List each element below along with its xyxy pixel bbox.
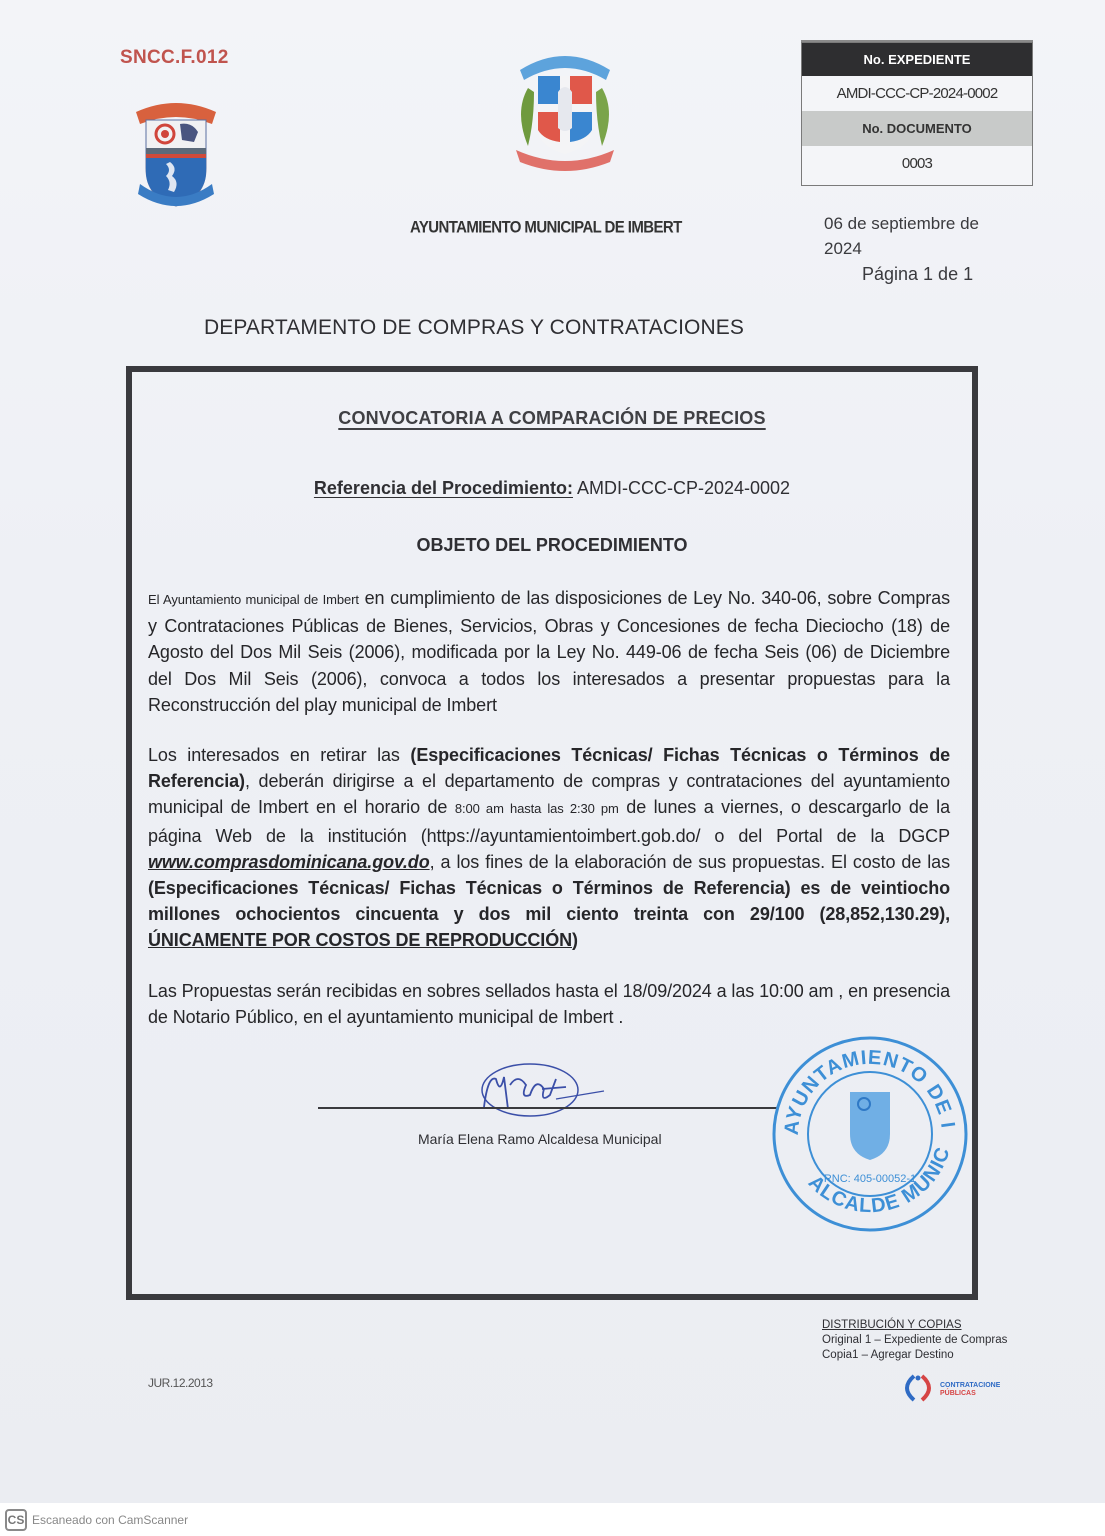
expediente-label: No. EXPEDIENTE xyxy=(802,43,1032,76)
expediente-value: AMDI-CCC-CP-2024-0002 xyxy=(802,76,1032,111)
documento-label: No. DOCUMENTO xyxy=(802,111,1032,146)
municipal-coat-of-arms-icon xyxy=(132,98,220,210)
compras-portal-link[interactable]: www.comprasdominicana.gov.do xyxy=(148,852,430,872)
revision-date: JUR.12.2013 xyxy=(148,1376,213,1390)
p2-cost-bold: (Especificaciones Técnicas/ Fichas Técni… xyxy=(148,878,950,924)
distribution-title: DISTRIBUCIÓN Y COPIAS xyxy=(822,1318,1007,1333)
p2-close-paren: ) xyxy=(572,930,578,950)
p1-text: en cumplimiento de las disposiciones de … xyxy=(148,588,950,715)
p2-text-e: , a los fines de la elaboración de sus p… xyxy=(430,852,950,872)
p2-text-a: Los interesados en retirar las xyxy=(148,745,410,765)
camscanner-logo-icon: CS xyxy=(5,1509,27,1531)
reference-label: Referencia del Procedimiento: xyxy=(314,478,573,498)
signer-name: María Elena Ramo Alcaldesa Municipal xyxy=(418,1131,662,1147)
institution-name: AYUNTAMIENTO MUNICIPAL DE IMBERT xyxy=(410,218,682,237)
distribution-line-2: Copia1 – Agregar Destino xyxy=(822,1348,1007,1363)
stamp-rnc: RNC: 405-00052-1 xyxy=(824,1173,916,1185)
paragraph-specifications: Los interesados en retirar las (Especifi… xyxy=(148,742,950,954)
dgcp-logo-icon: CONTRATACIONES PÚBLICAS xyxy=(900,1372,1000,1404)
scanner-watermark: Escaneado con CamScanner xyxy=(32,1513,188,1527)
p2-hours: 8:00 am hasta las 2:30 pm xyxy=(455,801,619,816)
document-page: SNCC.F.012 AYUNTAMIENTO MUNICIPAL DE IMB… xyxy=(0,0,1105,1503)
dgcp-logo-text-2: PÚBLICAS xyxy=(940,1388,976,1397)
form-code: SNCC.F.012 xyxy=(120,47,229,69)
documento-value: 0003 xyxy=(802,146,1032,181)
signature-icon xyxy=(470,1055,610,1125)
reference-value: AMDI-CCC-CP-2024-0002 xyxy=(573,478,790,498)
department-title: DEPARTAMENTO DE COMPRAS Y CONTRATACIONES xyxy=(204,316,744,340)
objeto-heading: OBJETO DEL PROCEDIMIENTO xyxy=(126,535,978,556)
announcement-title: CONVOCATORIA A COMPARACIÓN DE PRECIOS xyxy=(126,408,978,429)
paragraph-deadline: Las Propuestas serán recibidas en sobres… xyxy=(148,978,950,1030)
distribution-line-1: Original 1 – Expediente de Compras xyxy=(822,1333,1007,1348)
document-date: 06 de septiembre de 2024 xyxy=(824,211,1014,261)
distribution-block: DISTRIBUCIÓN Y COPIAS Original 1 – Exped… xyxy=(822,1318,1007,1363)
expediente-box: No. EXPEDIENTE AMDI-CCC-CP-2024-0002 No.… xyxy=(801,42,1033,186)
paragraph-legal-basis: El Ayuntamiento municipal de Imbert en c… xyxy=(148,585,950,718)
official-stamp-icon: AYUNTAMIENTO DE IMBERT ALCALDE MUNICIPAL… xyxy=(768,1030,973,1235)
procedure-reference: Referencia del Procedimiento: AMDI-CCC-C… xyxy=(126,478,978,499)
page-number: Página 1 de 1 xyxy=(862,264,973,285)
p1-intro: El Ayuntamiento municipal de Imbert xyxy=(148,592,359,607)
p2-reproduction-note: ÚNICAMENTE POR COSTOS DE REPRODUCCIÓN xyxy=(148,930,572,950)
national-coat-of-arms-icon xyxy=(500,42,630,172)
scanner-footer: CS Escaneado con CamScanner xyxy=(0,1503,1105,1536)
signature-line xyxy=(318,1107,778,1109)
dgcp-logo-text-1: CONTRATACIONES xyxy=(940,1382,1000,1389)
